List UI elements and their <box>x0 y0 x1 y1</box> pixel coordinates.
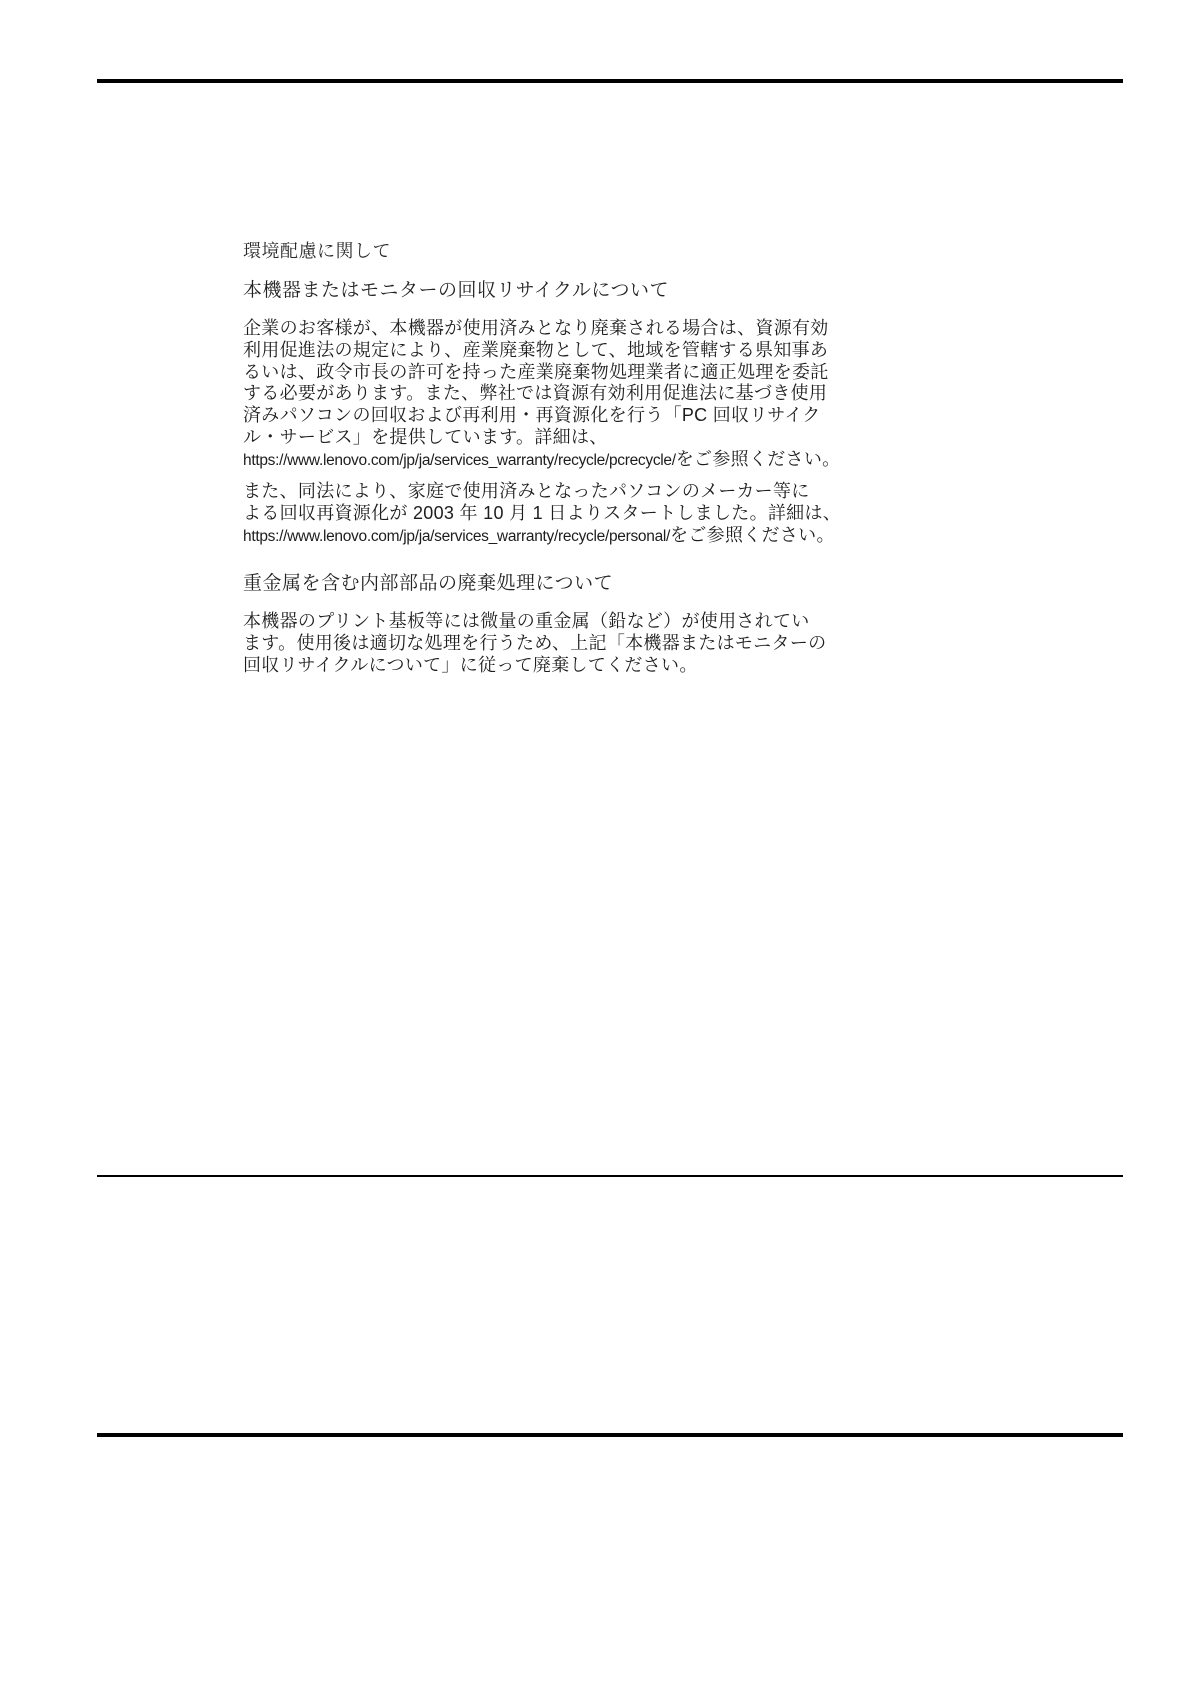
document-page: 環境配慮に関して 本機器またはモニターの回収リサイクルについて 企業のお客様が、… <box>0 0 1191 1684</box>
paragraph-line: する必要があります。また、弊社では資源有効利用促進法に基づき使用 <box>243 383 833 405</box>
paragraph-line: よる回収再資源化が 2003 年 10 月 1 日よりスタートしました。詳細は、 <box>243 503 833 525</box>
paragraph-line: 回収リサイクルについて」に従って廃棄してください。 <box>243 655 833 677</box>
section-heading-heavy-metal: 重金属を含む内部部品の廃棄処理について <box>243 572 833 595</box>
section-heading-device-recycle: 本機器またはモニターの回収リサイクルについて <box>243 279 833 302</box>
paragraph-home-recycle: また、同法により、家庭で使用済みとなったパソコンのメーカー等に よる回収再資源化… <box>243 481 833 547</box>
footer-thin-rule <box>97 1175 1123 1177</box>
footer-thick-rule <box>97 1433 1123 1437</box>
personal-recycle-url: https://www.lenovo.com/jp/ja/services_wa… <box>243 528 670 545</box>
top-divider-rule <box>97 79 1123 83</box>
paragraph-line: ます。使用後は適切な処理を行うため、上記「本機器またはモニターの <box>243 633 833 655</box>
paragraph-line: また、同法により、家庭で使用済みとなったパソコンのメーカー等に <box>243 481 833 503</box>
page-heading-environment: 環境配慮に関して <box>243 240 833 262</box>
url-suffix-text: をご参照ください。 <box>670 525 835 545</box>
url-suffix-text: をご参照ください。 <box>676 449 841 469</box>
paragraph-heavy-metal-disposal: 本機器のプリント基板等には微量の重金属（鉛など）が使用されてい ます。使用後は適… <box>243 611 833 676</box>
paragraph-line: ル・サービス」を提供しています。詳細は、 <box>243 427 833 449</box>
paragraph-line: 企業のお客様が、本機器が使用済みとなり廃棄される場合は、資源有効 <box>243 318 833 340</box>
paragraph-line: 利用促進法の規定により、産業廃棄物として、地域を管轄する県知事あ <box>243 340 833 362</box>
paragraph-line: るいは、政令市長の許可を持った産業廃棄物処理業者に適正処理を委託 <box>243 362 833 384</box>
url-line-personal-recycle: https://www.lenovo.com/jp/ja/services_wa… <box>243 525 833 548</box>
paragraph-line: 済みパソコンの回収および再利用・再資源化を行う「PC 回収リサイク <box>243 405 833 427</box>
url-line-pc-recycle: https://www.lenovo.com/jp/ja/services_wa… <box>243 449 833 472</box>
paragraph-line: 本機器のプリント基板等には微量の重金属（鉛など）が使用されてい <box>243 611 833 633</box>
paragraph-corporate-recycle: 企業のお客様が、本機器が使用済みとなり廃棄される場合は、資源有効 利用促進法の規… <box>243 318 833 472</box>
pcrecycle-url: https://www.lenovo.com/jp/ja/services_wa… <box>243 452 676 469</box>
